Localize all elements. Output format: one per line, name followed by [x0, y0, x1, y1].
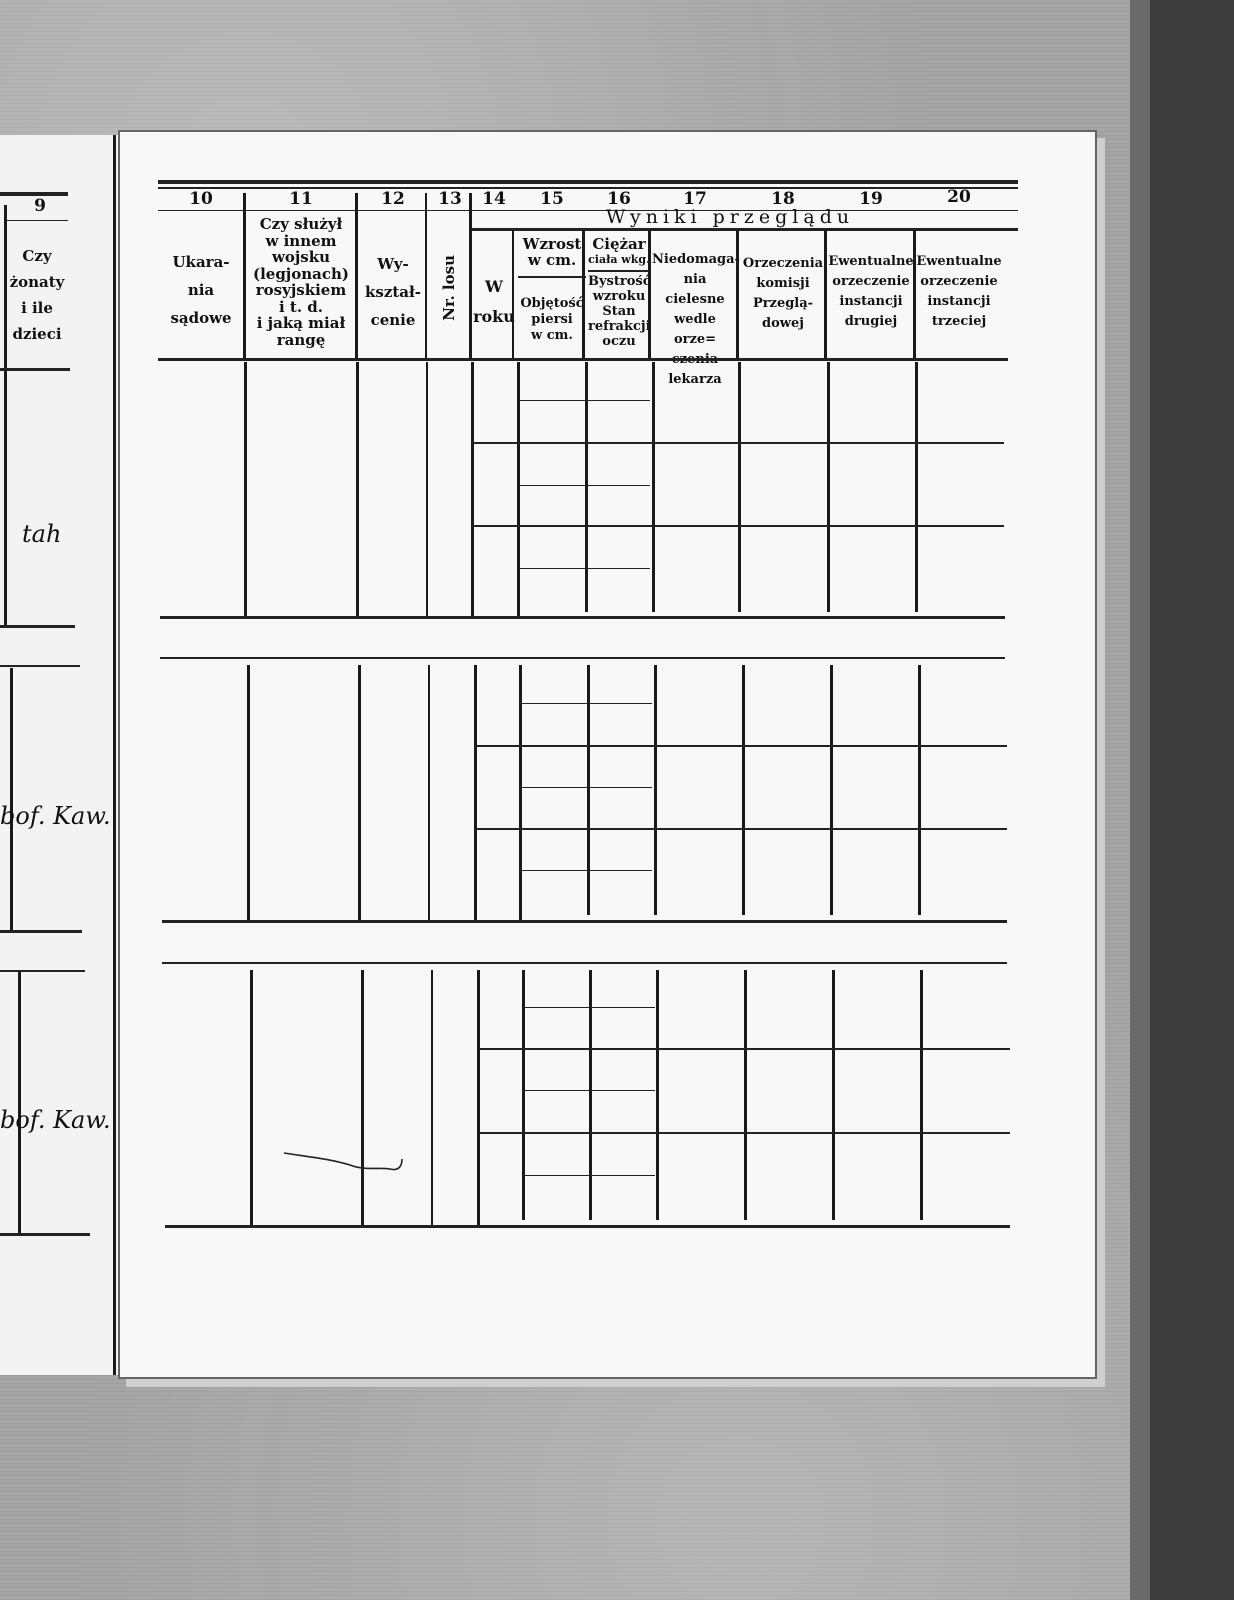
row-separator	[165, 1225, 1010, 1228]
rule	[355, 193, 358, 359]
rule	[469, 193, 472, 359]
header-col-13: Nr. losu	[442, 248, 458, 328]
row-separator	[162, 962, 1007, 964]
rule	[425, 193, 427, 359]
rule	[0, 665, 80, 667]
header-col-14: W roku	[472, 272, 516, 332]
handwritten-entry: bof. Kaw.	[0, 1106, 111, 1134]
column-number-15: 15	[518, 191, 586, 209]
rule	[518, 276, 586, 278]
rule	[4, 205, 7, 625]
header-col-15-bottom: Objętość piersi w cm.	[518, 296, 586, 344]
header-bottom-rule	[158, 358, 1008, 361]
header-col-17: Niedomaga- nia cielesne wedle orze= czen…	[652, 250, 738, 390]
header-col-19: Ewentualne orzeczenie instancji drugiej	[828, 252, 914, 332]
header-col-16-top: Ciężar ciała wkg.	[588, 236, 650, 268]
rule	[0, 368, 70, 371]
column-number-14: 14	[472, 191, 516, 209]
rule	[10, 668, 13, 930]
header-col-20: Ewentualne orzeczenie instancji trzeciej	[916, 252, 1002, 332]
handwritten-entry: tah	[22, 520, 61, 548]
top-rule	[158, 180, 1018, 184]
rule	[582, 230, 585, 358]
rule	[0, 970, 85, 972]
row-separator	[162, 920, 1007, 923]
column-number-12: 12	[358, 191, 428, 209]
rule	[0, 1233, 90, 1236]
rule	[588, 270, 650, 272]
rule	[736, 230, 739, 358]
scan-shadow	[1130, 0, 1152, 1600]
column-number-13: 13	[428, 191, 472, 209]
header-col-15-top: Wzrost w cm.	[518, 236, 586, 268]
handwritten-entry: bof. Kaw.	[0, 802, 111, 830]
rule	[512, 230, 514, 358]
scan-edge	[1150, 0, 1234, 1600]
header-col-11: Czy służył w innem wojsku (legjonach) ro…	[246, 216, 356, 348]
pen-stroke	[280, 1145, 410, 1185]
rule	[4, 220, 68, 221]
row-separator	[160, 657, 1005, 659]
rule	[113, 135, 116, 1375]
column-number-20: 20	[916, 189, 1002, 207]
left-column-number: 9	[20, 198, 60, 216]
column-number-11: 11	[246, 191, 356, 209]
rule	[18, 972, 21, 1234]
group-header: Wyniki przeglądu	[520, 208, 940, 228]
row-separator	[160, 616, 1005, 619]
header-col-10: Ukara- nia sądowe	[158, 248, 244, 332]
rule	[158, 187, 1018, 189]
rule	[0, 930, 82, 933]
rule	[824, 230, 827, 358]
rule	[913, 230, 916, 358]
rule	[470, 228, 1018, 231]
left-column-header: Czy żonaty i ile dzieci	[6, 243, 68, 347]
header-col-16-bottom: Bystrość wzroku Stan refrakcji oczu	[588, 274, 650, 349]
rule	[243, 193, 246, 359]
rule	[648, 230, 651, 358]
header-col-12: Wy- kształ- cenie	[358, 250, 428, 334]
column-number-10: 10	[158, 191, 244, 209]
rule	[0, 625, 75, 628]
header-col-18: Orzeczenia komisji Przeglą- dowej	[740, 254, 826, 334]
